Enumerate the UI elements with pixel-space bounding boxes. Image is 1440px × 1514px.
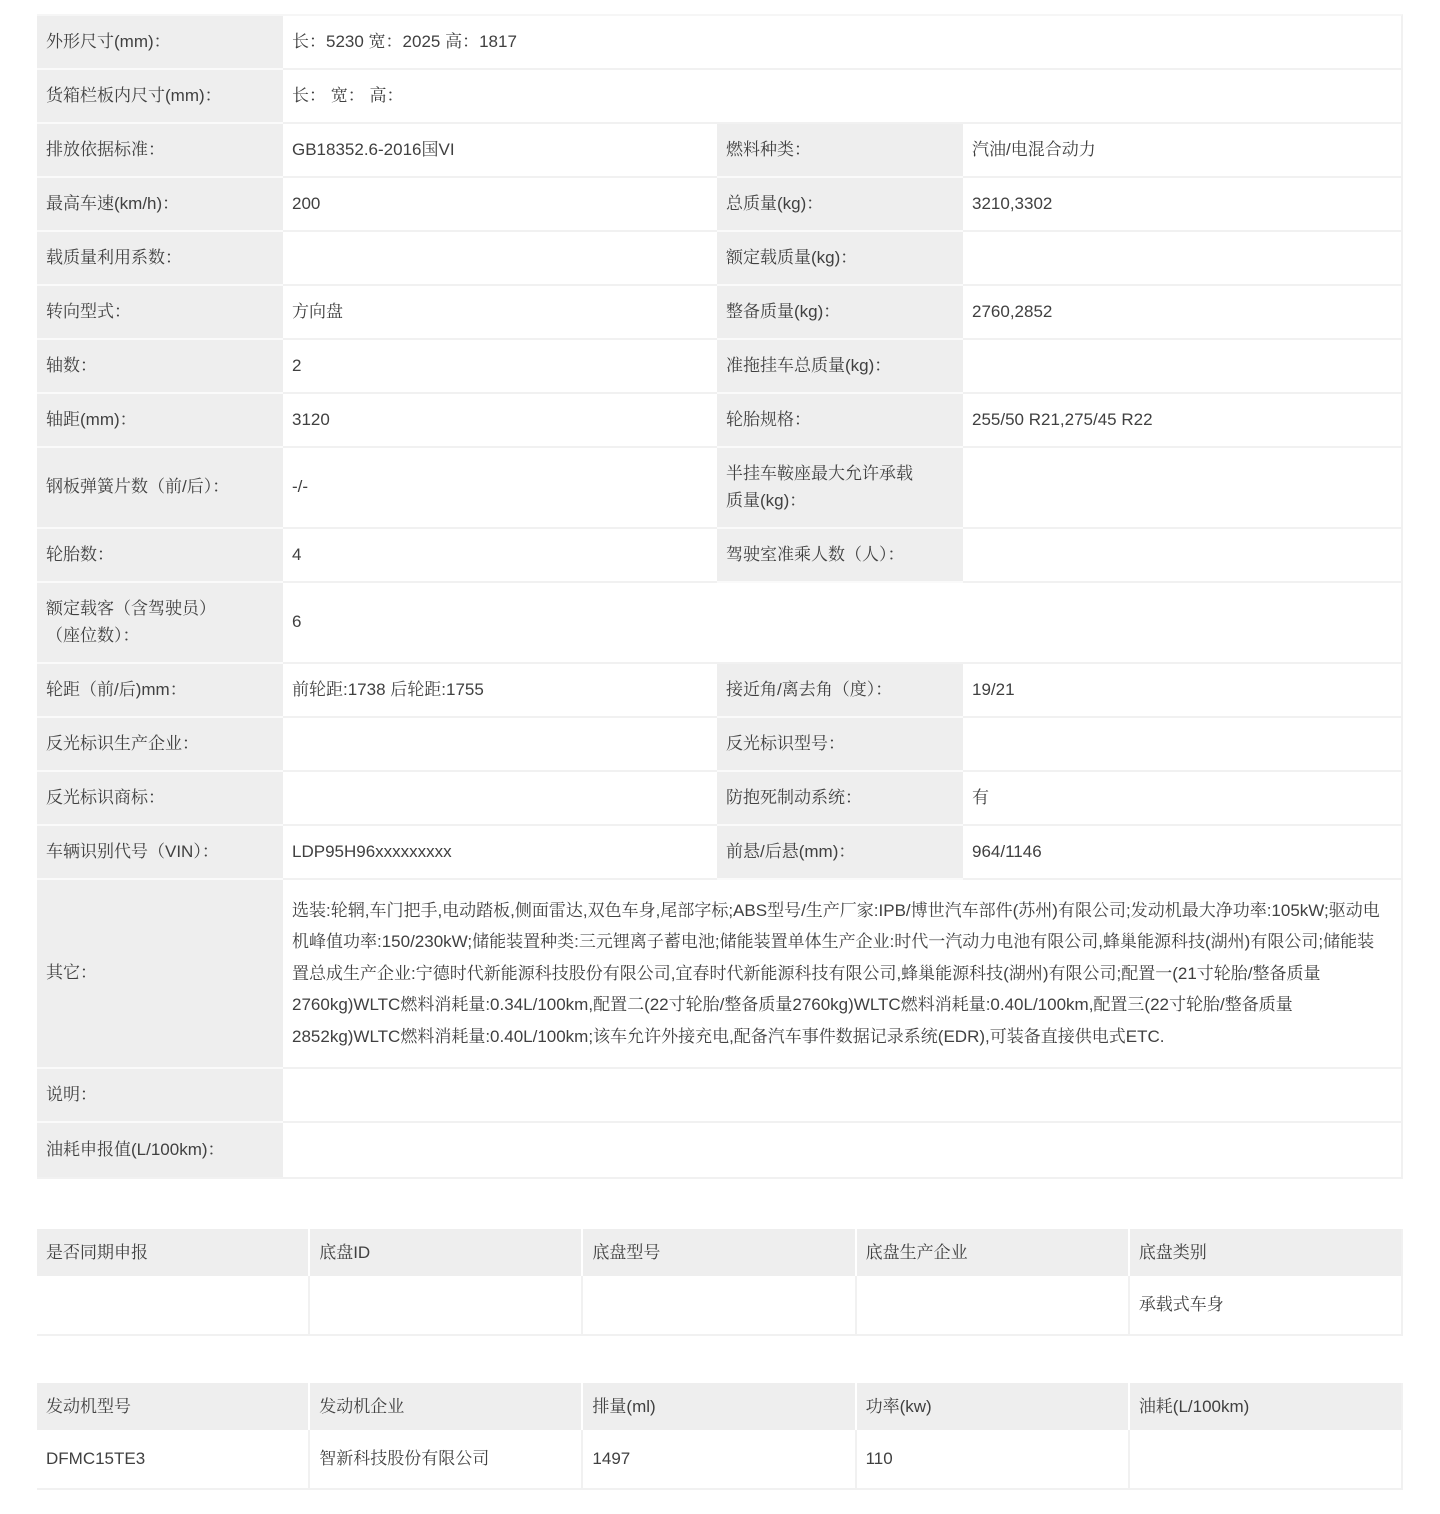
- spec-value: LDP95H96xxxxxxxxx: [283, 826, 717, 880]
- spec-value: 长：5230 宽：2025 高：1817: [283, 16, 1401, 70]
- spec-label: 载质量利用系数：: [37, 232, 283, 286]
- spec-label: 排放依据标准：: [37, 124, 283, 178]
- header-row: 发动机型号发动机企业排量(ml)功率(kw)油耗(L/100km): [37, 1383, 1401, 1430]
- table-row: 承载式车身: [37, 1276, 1401, 1334]
- spec-row: 油耗申报值(L/100km)：: [37, 1123, 1401, 1177]
- header-row: 是否同期申报底盘ID底盘型号底盘生产企业底盘类别: [37, 1229, 1401, 1276]
- engine-table: 发动机型号发动机企业排量(ml)功率(kw)油耗(L/100km)DFMC15T…: [37, 1383, 1403, 1490]
- spec-value: GB18352.6-2016国VI: [283, 124, 717, 178]
- spec-value: 长： 宽： 高：: [283, 70, 1401, 124]
- spec-label: 半挂车鞍座最大允许承载 质量(kg)：: [717, 448, 963, 529]
- spec-label: 轮距（前/后)mm：: [37, 664, 283, 718]
- spec-value: 255/50 R21,275/45 R22: [963, 394, 1401, 448]
- spec-row: 货箱栏板内尺寸(mm)：长： 宽： 高：: [37, 70, 1401, 124]
- spec-label: 轴数：: [37, 340, 283, 394]
- spec-value: [283, 1123, 1401, 1177]
- spec-value: [963, 529, 1401, 583]
- spec-label: 钢板弹簧片数（前/后）：: [37, 448, 283, 529]
- vehicle-spec-table: 外形尺寸(mm)：长：5230 宽：2025 高：1817货箱栏板内尺寸(mm)…: [37, 14, 1403, 1179]
- spec-row: 说明：: [37, 1069, 1401, 1123]
- spec-label: 燃料种类：: [717, 124, 963, 178]
- table-cell: DFMC15TE3: [37, 1430, 310, 1488]
- spec-value: [963, 718, 1401, 772]
- spec-label: 货箱栏板内尺寸(mm)：: [37, 70, 283, 124]
- spec-label: 轮胎规格：: [717, 394, 963, 448]
- spec-value: 3210,3302: [963, 178, 1401, 232]
- column-header: 底盘生产企业: [857, 1229, 1130, 1276]
- spec-label: 额定载质量(kg)：: [717, 232, 963, 286]
- spec-row: 反光标识生产企业：反光标识型号：: [37, 718, 1401, 772]
- spec-label: 整备质量(kg)：: [717, 286, 963, 340]
- spec-value: [283, 772, 717, 826]
- table-row: DFMC15TE3智新科技股份有限公司1497110: [37, 1430, 1401, 1488]
- spec-row: 排放依据标准：GB18352.6-2016国VI燃料种类：汽油/电混合动力: [37, 124, 1401, 178]
- spec-row: 车辆识别代号（VIN）：LDP95H96xxxxxxxxx前悬/后悬(mm)：9…: [37, 826, 1401, 880]
- spec-row: 额定载客（含驾驶员） （座位数）：6: [37, 583, 1401, 664]
- spec-label: 外形尺寸(mm)：: [37, 16, 283, 70]
- spec-row: 转向型式：方向盘整备质量(kg)：2760,2852: [37, 286, 1401, 340]
- spec-value: -/-: [283, 448, 717, 529]
- spec-row: 轮胎数：4驾驶室准乘人数（人）：: [37, 529, 1401, 583]
- spec-row: 轮距（前/后)mm：前轮距:1738 后轮距:1755接近角/离去角（度）：19…: [37, 664, 1401, 718]
- spec-row: 反光标识商标：防抱死制动系统：有: [37, 772, 1401, 826]
- column-header: 发动机型号: [37, 1383, 310, 1430]
- column-header: 底盘类别: [1130, 1229, 1401, 1276]
- spec-row: 载质量利用系数：额定载质量(kg)：: [37, 232, 1401, 286]
- table-cell: [1130, 1430, 1401, 1488]
- spec-row: 轴数：2准拖挂车总质量(kg)：: [37, 340, 1401, 394]
- spec-value: [283, 1069, 1401, 1123]
- table-cell: 1497: [583, 1430, 856, 1488]
- spec-value: 964/1146: [963, 826, 1401, 880]
- spec-value: 6: [283, 583, 1401, 664]
- spec-value: [283, 232, 717, 286]
- table-cell: [310, 1276, 583, 1334]
- spec-label: 总质量(kg)：: [717, 178, 963, 232]
- spec-value: 19/21: [963, 664, 1401, 718]
- spec-value: 前轮距:1738 后轮距:1755: [283, 664, 717, 718]
- spec-row: 外形尺寸(mm)：长：5230 宽：2025 高：1817: [37, 16, 1401, 70]
- spec-row: 其它：选装:轮辋,车门把手,电动踏板,侧面雷达,双色车身,尾部字标;ABS型号/…: [37, 880, 1401, 1069]
- spec-value: [963, 232, 1401, 286]
- spec-label: 防抱死制动系统：: [717, 772, 963, 826]
- spec-row: 钢板弹簧片数（前/后）：-/-半挂车鞍座最大允许承载 质量(kg)：: [37, 448, 1401, 529]
- table-cell: [37, 1276, 310, 1334]
- spec-label: 说明：: [37, 1069, 283, 1123]
- column-header: 底盘型号: [583, 1229, 856, 1276]
- spec-label: 反光标识商标：: [37, 772, 283, 826]
- spec-label: 转向型式：: [37, 286, 283, 340]
- vehicle-declaration-page: 外形尺寸(mm)：长：5230 宽：2025 高：1817货箱栏板内尺寸(mm)…: [37, 14, 1403, 1490]
- spec-value: 2: [283, 340, 717, 394]
- spec-label: 车辆识别代号（VIN）：: [37, 826, 283, 880]
- column-header: 油耗(L/100km): [1130, 1383, 1401, 1430]
- spec-value: 4: [283, 529, 717, 583]
- spec-value: [283, 718, 717, 772]
- spec-label: 油耗申报值(L/100km)：: [37, 1123, 283, 1177]
- table-cell: 110: [857, 1430, 1130, 1488]
- spec-label: 最高车速(km/h)：: [37, 178, 283, 232]
- column-header: 排量(ml): [583, 1383, 856, 1430]
- spec-label: 准拖挂车总质量(kg)：: [717, 340, 963, 394]
- spec-value: 汽油/电混合动力: [963, 124, 1401, 178]
- spec-value: 方向盘: [283, 286, 717, 340]
- spec-label: 接近角/离去角（度）：: [717, 664, 963, 718]
- column-header: 是否同期申报: [37, 1229, 310, 1276]
- column-header: 底盘ID: [310, 1229, 583, 1276]
- spec-value: 2760,2852: [963, 286, 1401, 340]
- spec-value: [963, 340, 1401, 394]
- spec-value: 有: [963, 772, 1401, 826]
- spec-label: 驾驶室准乘人数（人）：: [717, 529, 963, 583]
- spec-row: 最高车速(km/h)：200总质量(kg)：3210,3302: [37, 178, 1401, 232]
- column-header: 功率(kw): [857, 1383, 1130, 1430]
- table-cell: [583, 1276, 856, 1334]
- spec-value: 选装:轮辋,车门把手,电动踏板,侧面雷达,双色车身,尾部字标;ABS型号/生产厂…: [283, 880, 1401, 1069]
- chassis-table: 是否同期申报底盘ID底盘型号底盘生产企业底盘类别承载式车身: [37, 1229, 1403, 1336]
- table-cell: [857, 1276, 1130, 1334]
- spec-label: 其它：: [37, 880, 283, 1069]
- spec-value: 3120: [283, 394, 717, 448]
- spec-label: 轮胎数：: [37, 529, 283, 583]
- spec-label: 额定载客（含驾驶员） （座位数）：: [37, 583, 283, 664]
- spec-row: 轴距(mm)：3120轮胎规格：255/50 R21,275/45 R22: [37, 394, 1401, 448]
- spec-label: 反光标识生产企业：: [37, 718, 283, 772]
- spec-label: 轴距(mm)：: [37, 394, 283, 448]
- table-cell: 智新科技股份有限公司: [310, 1430, 583, 1488]
- table-cell: 承载式车身: [1130, 1276, 1401, 1334]
- spec-value: [963, 448, 1401, 529]
- column-header: 发动机企业: [310, 1383, 583, 1430]
- spec-label: 前悬/后悬(mm)：: [717, 826, 963, 880]
- spec-label: 反光标识型号：: [717, 718, 963, 772]
- spec-value: 200: [283, 178, 717, 232]
